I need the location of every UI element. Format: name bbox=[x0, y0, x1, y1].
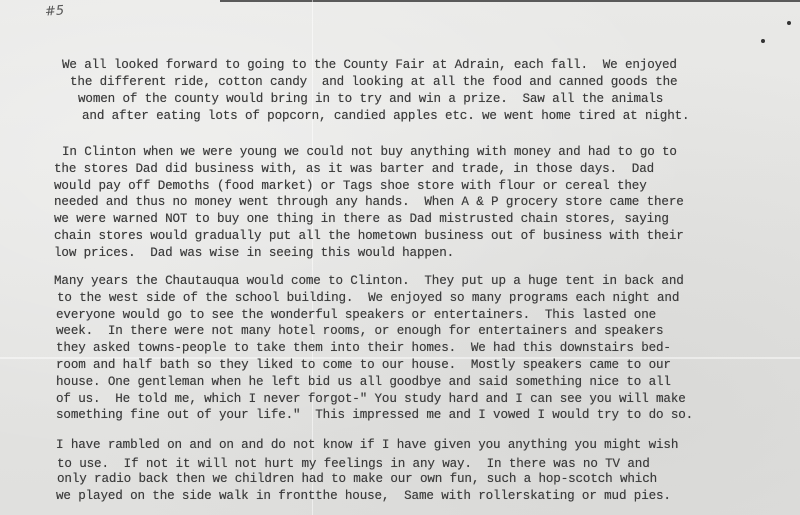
typed-line: We all looked forward to going to the Co… bbox=[62, 57, 677, 73]
typed-line: house. One gentleman when he left bid us… bbox=[56, 374, 671, 390]
handwritten-page-number: #5 bbox=[45, 3, 65, 19]
typed-line: something fine out of your life." This i… bbox=[56, 407, 693, 423]
typed-line: I have rambled on and on and do not know… bbox=[56, 437, 678, 453]
typed-line: women of the county would bring in to tr… bbox=[78, 91, 663, 107]
typed-line: we were warned NOT to buy one thing in t… bbox=[54, 211, 669, 227]
typed-line: and after eating lots of popcorn, candie… bbox=[82, 108, 689, 124]
punch-dot bbox=[761, 39, 765, 43]
typed-line: they asked towns-people to take them int… bbox=[56, 340, 671, 356]
typed-line: we played on the side walk in frontthe h… bbox=[56, 488, 671, 504]
typed-line: needed and thus no money went through an… bbox=[54, 194, 684, 210]
typed-line: week. In there were not many hotel rooms… bbox=[56, 323, 663, 339]
typed-line: only radio back then we children had to … bbox=[57, 471, 657, 487]
typed-line: the stores Dad did business with, as it … bbox=[54, 161, 654, 177]
typed-line: Many years the Chautauqua would come to … bbox=[54, 273, 684, 289]
typed-line: would pay off Demoths (food market) or T… bbox=[54, 178, 647, 194]
typed-line: the different ride, cotton candy and loo… bbox=[70, 74, 677, 90]
page-top-edge bbox=[220, 0, 800, 2]
typed-line: of us. He told me, which I never forgot-… bbox=[56, 391, 686, 407]
typed-line: room and half bath so they liked to come… bbox=[56, 357, 671, 373]
punch-dot bbox=[787, 21, 791, 25]
typed-line: low prices. Dad was wise in seeing this … bbox=[54, 245, 454, 261]
typed-line: In Clinton when we were young we could n… bbox=[62, 144, 677, 160]
typed-line: to use. If not it will not hurt my feeli… bbox=[57, 456, 650, 472]
typed-line: to the west side of the school building.… bbox=[57, 290, 679, 306]
typed-line: chain stores would gradually put all the… bbox=[54, 228, 684, 244]
typed-line: everyone would go to see the wonderful s… bbox=[56, 307, 656, 323]
scanned-typewritten-page: #5 We all looked forward to going to the… bbox=[0, 0, 800, 515]
